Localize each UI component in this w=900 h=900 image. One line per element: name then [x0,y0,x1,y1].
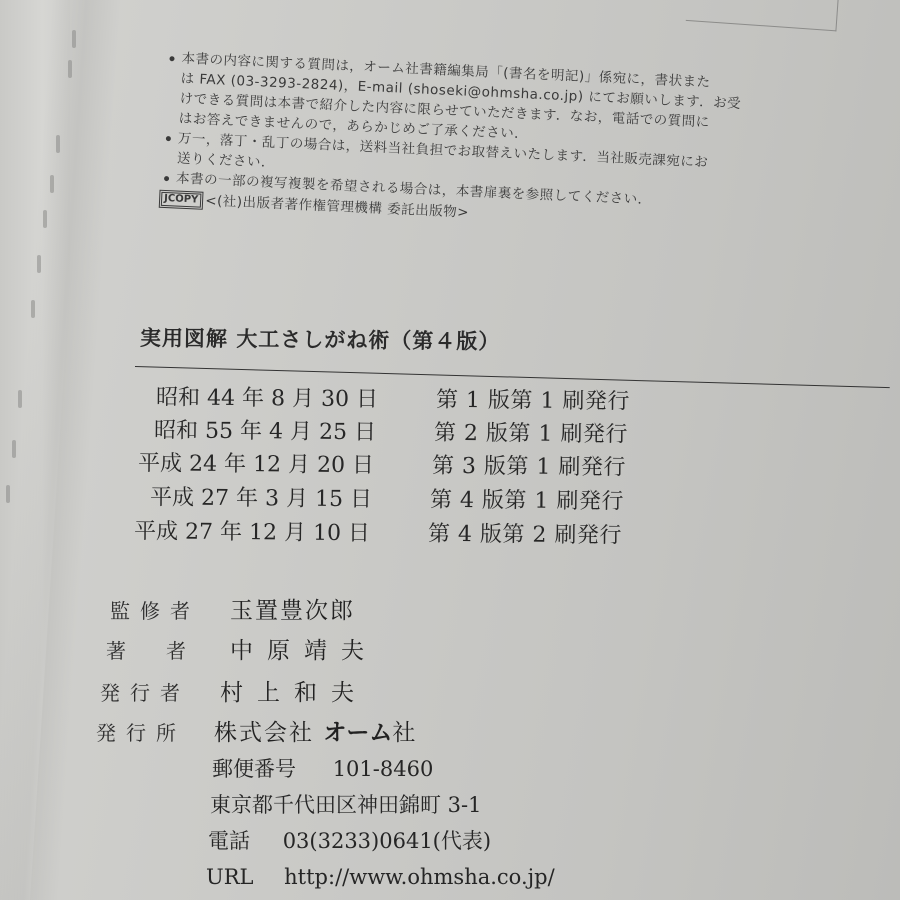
history-date: 平成 24 年 12 月 20 日 [74,450,374,481]
history-date: 平成 27 年 12 月 10 日 [70,518,370,549]
colophon: 実用図解 大工さしがね術（第４版） 昭和 44 年 8 月 30 日 第 1 版… [0,0,900,900]
history-edition: 第 3 版第 1 刷発行 [432,453,626,483]
phone-row: 電話 03(3233)0641(代表) [208,828,491,854]
history-date: 平成 27 年 3 月 15 日 [72,484,372,515]
phone-number: 03(3233)0641(代表) [283,828,491,854]
history-edition: 第 4 版第 2 刷発行 [428,521,622,551]
publisher-brand: オーム [323,720,392,746]
history-row: 昭和 44 年 8 月 30 日 第 1 版第 1 刷発行 [78,384,630,417]
credit-value: 中原靖夫 [230,632,378,665]
history-date: 昭和 44 年 8 月 30 日 [78,384,378,415]
company-prefix: 株式会社 [214,720,314,746]
history-edition: 第 1 版第 1 刷発行 [436,387,630,417]
history-row: 平成 27 年 3 月 15 日 第 4 版第 1 刷発行 [72,484,624,517]
credit-publisher-person: 発行者 村上和夫 [100,674,368,707]
url-row: URL http://www.ohmsha.co.jp/ [206,864,555,890]
phone-label: 電話 [208,828,250,854]
book-title: 実用図解 大工さしがね術（第４版） [140,322,501,356]
history-row: 平成 27 年 12 月 10 日 第 4 版第 2 刷発行 [70,518,622,551]
credit-value: 村上和夫 [220,674,368,707]
url-label: URL [206,864,253,890]
credit-value: 株式会社 オーム社 [214,714,417,747]
credit-author: 著 者 中原靖夫 [106,632,378,665]
postal-label: 郵便番号 [212,756,296,782]
street-address: 東京都千代田区神田錦町 3-1 [210,792,482,818]
credit-value: 玉置豊次郎 [230,592,355,625]
history-row: 平成 24 年 12 月 20 日 第 3 版第 1 刷発行 [74,450,626,483]
credit-supervisor: 監修者 玉置豊次郎 [110,592,355,625]
credit-label: 著 者 [106,635,202,664]
history-date: 昭和 55 年 4 月 25 日 [76,417,376,448]
credit-label: 発行者 [100,677,196,706]
street-address-row: 東京都千代田区神田錦町 3-1 [210,792,482,818]
publisher-url: http://www.ohmsha.co.jp/ [284,864,555,890]
history-edition: 第 2 版第 1 刷発行 [434,420,628,450]
postal-code-row: 郵便番号 101-8460 [212,756,433,782]
credit-label: 監修者 [110,595,206,624]
history-row: 昭和 55 年 4 月 25 日 第 2 版第 1 刷発行 [76,417,628,450]
history-edition: 第 4 版第 1 刷発行 [430,487,624,517]
company-suffix: 社 [392,720,417,746]
credit-publisher-company: 発行所 株式会社 オーム社 [96,714,417,747]
postal-code: 101-8460 [333,756,434,782]
credit-label: 発行所 [96,717,192,746]
